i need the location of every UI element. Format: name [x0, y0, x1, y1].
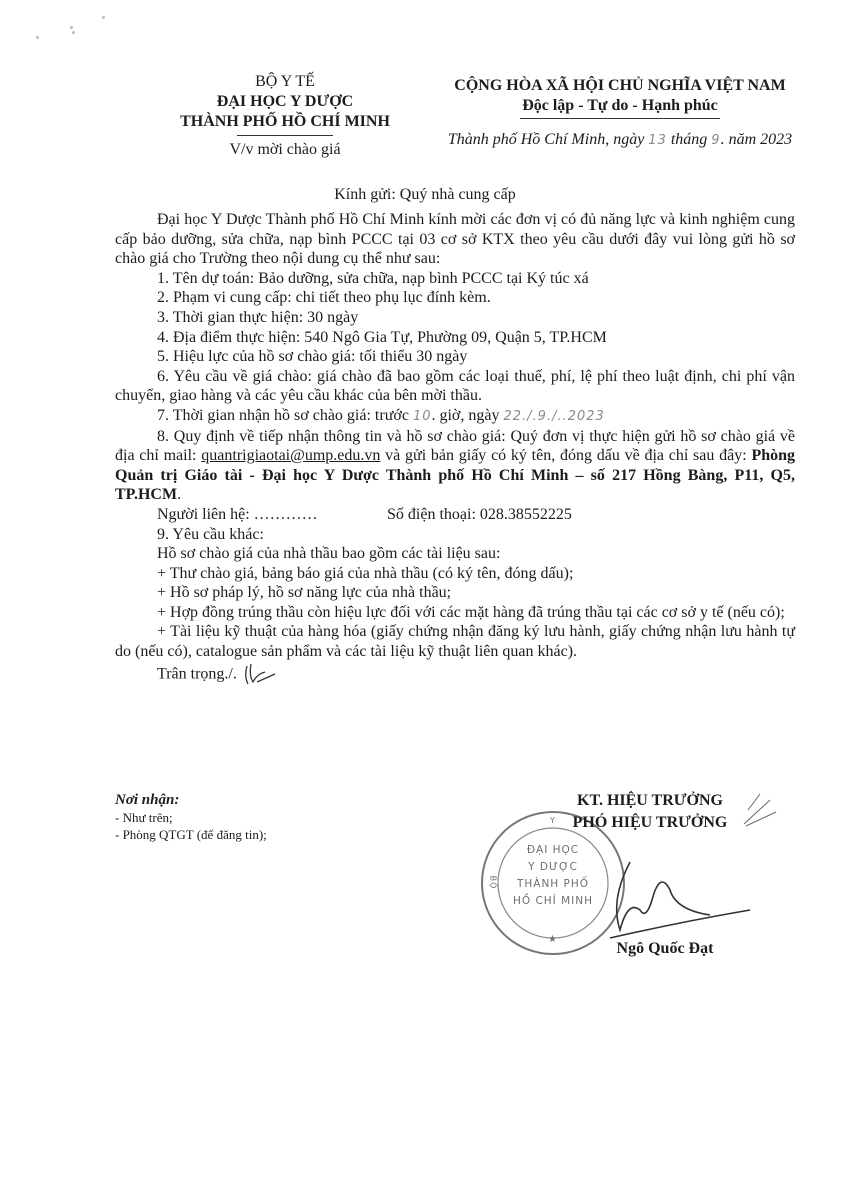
item-3: 3. Thời gian thực hiện: 30 ngày	[115, 308, 795, 328]
recipient-item: - Phòng QTGT (để đăng tin);	[115, 826, 267, 843]
initial-signature-icon	[241, 662, 281, 688]
item-8-text-2: và gửi bản giấy có ký tên, đóng dấu về đ…	[385, 447, 747, 464]
header-divider	[237, 135, 333, 136]
item-4: 4. Địa điểm thực hiện: 540 Ngô Gia Tự, P…	[115, 328, 795, 348]
date-year: . năm 2023	[721, 131, 793, 148]
contact-person: Người liên hệ: …………	[157, 505, 387, 525]
item-7: 7. Thời gian nhận hồ sơ chào giá: trước …	[115, 406, 795, 427]
required-doc-4: + Tài liệu kỹ thuật của hàng hóa (giấy c…	[115, 622, 795, 661]
item-1: 1. Tên dự toán: Bảo dưỡng, sửa chữa, nạp…	[115, 269, 795, 289]
required-doc-1: + Thư chào giá, bảng báo giá của nhà thầ…	[115, 564, 795, 584]
closing-text: Trân trọng./.	[157, 665, 237, 682]
item-5: 5. Hiệu lực của hồ sơ chào giá: tối thiể…	[115, 347, 795, 367]
closing: Trân trọng./.	[115, 662, 795, 688]
national-header: CỘNG HÒA XÃ HỘI CHỦ NGHĨA VIỆT NAM Độc l…	[420, 76, 820, 119]
seal-line: ĐẠI HỌC	[478, 844, 628, 856]
motto-underline	[520, 118, 720, 119]
university-name-line1: ĐẠI HỌC Y DƯỢC	[160, 92, 410, 112]
intro-paragraph: Đại học Y Dược Thành phố Hồ Chí Minh kín…	[115, 210, 795, 269]
national-motto: Độc lập - Tự do - Hạnh phúc	[420, 96, 820, 116]
item-7-hour-suffix: giờ, ngày	[439, 407, 499, 424]
date-prefix: Thành phố Hồ Chí Minh, ngày	[448, 131, 644, 148]
address-end: .	[177, 486, 181, 503]
contact-row: Người liên hệ: ………… Số điện thoại: 028.3…	[115, 505, 795, 525]
signatory-title-line1: KT. HIỆU TRƯỞNG	[540, 790, 760, 812]
document-subject: V/v mời chào giá	[160, 140, 410, 160]
handwritten-signature-icon	[590, 860, 770, 940]
signatory-title: KT. HIỆU TRƯỞNG PHÓ HIỆU TRƯỞNG	[540, 790, 760, 834]
recipient-item: - Như trên;	[115, 809, 267, 826]
item-6: 6. Yêu cầu về giá chào: giá chào đã bao …	[115, 367, 795, 406]
item-9-title: 9. Yêu cầu khác:	[115, 525, 795, 545]
item-7-label: 7. Thời gian nhận hồ sơ chào giá: trước	[157, 407, 409, 424]
date-month-handwritten: 9	[711, 133, 720, 148]
recipients-block: Nơi nhận: - Như trên; - Phòng QTGT (để đ…	[115, 792, 267, 843]
issue-date: Thành phố Hồ Chí Minh, ngày 13 tháng 9. …	[420, 131, 820, 149]
greeting: Kính gửi: Quý nhà cung cấp	[0, 186, 850, 204]
email-link[interactable]: quantrigiaotai@ump.edu.vn	[201, 447, 380, 464]
ministry-name: BỘ Y TẾ	[160, 72, 410, 92]
required-doc-3: + Hợp đồng trúng thầu còn hiệu lực đối v…	[115, 603, 795, 623]
item-9-lead: Hồ sơ chào giá của nhà thầu bao gồm các …	[115, 544, 795, 564]
recipients-title: Nơi nhận:	[115, 792, 267, 809]
letter-body: Đại học Y Dược Thành phố Hồ Chí Minh kín…	[115, 210, 795, 688]
item-2: 2. Phạm vi cung cấp: chi tiết theo phụ l…	[115, 288, 795, 308]
date-day-handwritten: 13	[648, 133, 667, 148]
signatory-title-line2: PHÓ HIỆU TRƯỞNG	[540, 812, 760, 834]
issuer-header: BỘ Y TẾ ĐẠI HỌC Y DƯỢC THÀNH PHỐ HỒ CHÍ …	[160, 72, 410, 160]
signatory-name: Ngô Quốc Đạt	[560, 940, 770, 958]
initial-mark-icon	[740, 790, 780, 830]
country-name: CỘNG HÒA XÃ HỘI CHỦ NGHĨA VIỆT NAM	[420, 76, 820, 96]
date-month-label: tháng	[671, 131, 707, 148]
university-name-line2: THÀNH PHỐ HỒ CHÍ MINH	[160, 112, 410, 132]
item-8: 8. Quy định về tiếp nhận thông tin và hồ…	[115, 427, 795, 505]
contact-phone: Số điện thoại: 028.38552225	[387, 505, 572, 525]
deadline-hour-handwritten: 10	[413, 409, 432, 424]
deadline-date-handwritten: 22./.9./..2023	[504, 409, 605, 424]
required-doc-2: + Hồ sơ pháp lý, hồ sơ năng lực của nhà …	[115, 583, 795, 603]
